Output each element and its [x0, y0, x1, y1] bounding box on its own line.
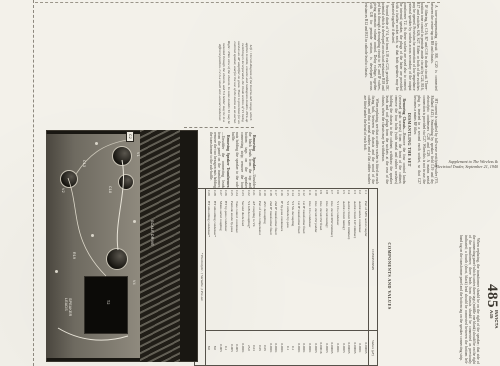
condenser-value: 0.0001 [295, 330, 301, 365]
condenser-description: Osc. circuit LW padder [312, 201, 318, 330]
condenser-description: Pentode anode by-pass [228, 201, 234, 330]
condenser-value: 0.0005 [312, 330, 318, 365]
condenser-description: Second diode feed [239, 201, 245, 330]
table-row: C8Osc. circuit tuning†0.0005 [323, 189, 329, 365]
table-row: C26HT by-pass condenser0.1 [223, 189, 229, 365]
table-row: C23Second diode feed0.0001 [239, 189, 245, 365]
paragraph-lead: Removing Chassis. [402, 99, 406, 130]
photo-component-label: C13 [82, 160, 86, 167]
sheet-number: 485 [484, 284, 499, 308]
condenser-description: Aerial circuit tuning† [340, 201, 346, 330]
condenser-value: 0.05 [256, 330, 262, 365]
table-row: C21AF coupling to V40.01 [251, 189, 257, 365]
condenser-description: 2nd IF transformer fixed [267, 201, 273, 330]
photo-component-label: C18 [108, 186, 112, 193]
condenser-value: 0.1 [290, 330, 296, 365]
table-row: C7Osc. circuit MW trimmer‡0.00005 [329, 189, 335, 365]
condenser-value: 0.05 [262, 330, 268, 365]
condenser-description: V2 SG decoupling [290, 201, 296, 330]
photo-component-label: SPEAKER LEADS [64, 298, 72, 316]
photo-component-label: T2 [106, 300, 110, 305]
brand: INVICTA [494, 310, 499, 329]
condenser-value: 8.0 [211, 330, 217, 365]
condenser-value: 0.1 [284, 330, 290, 365]
table-row: C6V1 CG condenser0.0001 [334, 189, 340, 365]
condenser-value: 0.005 [228, 330, 234, 365]
condenser-value: 0.00005 [346, 330, 352, 365]
model: A45 [489, 310, 494, 319]
table-row: C4Aerial circuit MW trimmer‡0.00005 [346, 189, 352, 365]
condenser-description: AF coupling to V4 [251, 201, 257, 330]
section-heading: DISMANTLING THE SET [407, 96, 411, 185]
condenser-value: 0.00005 [362, 330, 368, 365]
replacing-paragraph: When replacing, the transformer should b… [459, 235, 480, 364]
trim-mark-dashed-line [33, 0, 34, 366]
table-row: C27Mains aerial coupling0.005 [217, 189, 223, 365]
condenser-value: 0.005 [234, 330, 240, 365]
body-paragraph: IF filtering, by C16, R7 and C18 in diod… [391, 2, 428, 91]
condenser-description: Osc. CG condenser [306, 201, 312, 330]
table-row: C29HT smoothing condenser*8.0 [206, 189, 212, 365]
table-row: C14V2 SG decoupling0.1 [290, 189, 296, 365]
condenser-description: Part of MW aerial coupler [362, 201, 368, 330]
column-divider-rule [184, 127, 254, 128]
condenser-value: 0.00005 [351, 330, 357, 365]
condenser-value: 0.0001 [273, 330, 279, 365]
condenser-description: Aerial series condenser [357, 201, 363, 330]
photo-component-label: SCALE DRIVE [150, 220, 154, 246]
table-row: C11Osc. CG condenser0.0001 [306, 189, 312, 365]
condenser-description: Part of tone compensator [256, 201, 262, 330]
table-row: C22V4 GB decoupling*25.0 [245, 189, 251, 365]
condenser-description: V4 GB decoupling* [245, 201, 251, 330]
condenser-value: 0.00016 [318, 330, 324, 365]
condenser-description: IF by-pass condensers [279, 201, 285, 330]
table-footnote: * Electrolytic. † Variable. ‡ Pre-set. [198, 189, 206, 365]
table-row: C131st IF transformer fixed0.0001 [295, 189, 301, 365]
body-paragraph: HT current is supplied by full-wave rect… [413, 96, 438, 185]
paragraph-lead: Removing Speaker Transformer. [226, 135, 230, 188]
condenser-number: C4 [346, 189, 352, 201]
condenser-value: 0.0001 [279, 330, 285, 365]
condenser-description: 2nd IF transformer fixed [273, 201, 279, 330]
table-row: C24Tone control condenser0.005 [234, 189, 240, 365]
paragraph-lead: Removing Speaker. [252, 135, 256, 171]
table-row: C20Part of tone compensator0.05 [256, 189, 262, 365]
condenser-number: C29 [206, 189, 212, 201]
condenser-value: 0.0001 [357, 330, 363, 365]
condenser-value: 0.1 [223, 330, 229, 365]
table-row: C2Aerial series condenser0.0001 [357, 189, 363, 365]
table-row: C19AVC decoupling0.05 [262, 189, 268, 365]
condenser-description: 1st IF transformer fixed [301, 201, 307, 330]
table-row: C9Osc. circuit LW fixed0.00016 [318, 189, 324, 365]
table-row: C121st IF transformer fixed0.0001 [301, 189, 307, 365]
service-sheet-scan: Supplement to The Wireless & Electrical … [0, 0, 500, 366]
condenser-description: V2 cathode by-pass [284, 201, 290, 330]
condenser-number: C5 [340, 189, 346, 201]
photo-caption: Left : Circuit diagram of the Invicta A4… [185, 40, 253, 125]
condenser-description: HT smoothing condenser* [211, 201, 217, 330]
condenser-number: C12 [301, 189, 307, 201]
body-paragraph: Removing Speaker Transformer.—Unsolder t… [209, 132, 230, 188]
caption-paragraph: Right : Plan view of the chassis. In som… [218, 40, 230, 125]
condenser-number: C16 [279, 189, 285, 201]
condenser-description: AVC decoupling [262, 201, 268, 330]
table-row: C16IF by-pass condensers0.0001 [279, 189, 285, 365]
condenser-value: 0.0001 [267, 330, 273, 365]
condenser-number: C9 [318, 189, 324, 201]
condenser-number: C10 [312, 189, 318, 201]
condenser-value: 0.0001 [334, 330, 340, 365]
condenser-number: C1 [362, 189, 368, 201]
condenser-description: HT by-pass condenser [223, 201, 229, 330]
trim-mark-dashed-line [35, 2, 440, 3]
table-row: C3Aerial circuit LW trimmer‡0.00005 [351, 189, 357, 365]
condenser-number: C22 [245, 189, 251, 201]
condenser-number: C26 [223, 189, 229, 201]
set-name: INVICTA A45 [489, 310, 499, 329]
condenser-description: V1 CG condenser [334, 201, 340, 330]
condenser-value: 0.0001 [239, 330, 245, 365]
condenser-number: C27 [217, 189, 223, 201]
table-row: C10Osc. circuit LW padder0.0005 [312, 189, 318, 365]
condenser-description: 1st IF transformer fixed [295, 201, 301, 330]
photo-component-label: C2 [126, 131, 134, 142]
replacing-paragraph-block: When replacing, the transformer should b… [396, 235, 480, 364]
condenser-number: C6 [334, 189, 340, 201]
condenser-description: Aerial circuit MW trimmer‡ [346, 201, 352, 330]
condenser-number: C2 [357, 189, 363, 201]
condenser-number: C8 [323, 189, 329, 201]
condenser-value: 0.0005 [340, 330, 346, 365]
wiring-overlay [46, 130, 198, 362]
condenser-description: Aerial circuit LW trimmer‡ [351, 201, 357, 330]
chassis-photo: C2V1C18C13V2V4T2R19SPEAKER LEADSSCALE DR… [46, 130, 198, 362]
condenser-number: C18 [267, 189, 273, 201]
condenser-value: 0.005 [217, 330, 223, 365]
condensers-table: CONDENSERS Values (μF) C1Part of MW aeri… [194, 188, 378, 366]
condenser-number: C17 [273, 189, 279, 201]
condensers-table-header: CONDENSERS Values (μF) [368, 189, 377, 365]
table-row: C1Part of MW aerial coupler0.00005 [362, 189, 368, 365]
condenser-number: C24 [234, 189, 240, 201]
photo-component-label: V4 [132, 280, 136, 285]
table-row: C28HT smoothing condenser*8.0 [211, 189, 217, 365]
condenser-number: C7 [329, 189, 335, 201]
condenser-number: C21 [251, 189, 257, 201]
condenser-number: C20 [256, 189, 262, 201]
table-row: C182nd IF transformer fixed0.0001 [267, 189, 273, 365]
condenser-number: C3 [351, 189, 357, 201]
photo-component-label: V2 [61, 188, 65, 193]
condenser-value: 0.0001 [306, 330, 312, 365]
condensers-table-rows: C1Part of MW aerial coupler0.00005C2Aeri… [206, 189, 368, 365]
body-paragraph: Second diode of V4, fed from L18 via C23… [364, 2, 389, 91]
condenser-number: C28 [211, 189, 217, 201]
condenser-description: HT smoothing condenser* [206, 201, 212, 330]
caption-paragraph: Left : Circuit diagram of the Invicta A4… [233, 40, 253, 125]
table-row: C172nd IF transformer fixed0.0001 [273, 189, 279, 365]
condenser-value: 0.0005 [323, 330, 329, 365]
condenser-number: C11 [306, 189, 312, 201]
condenser-number: C13 [295, 189, 301, 201]
condenser-description: Mains aerial coupling [217, 201, 223, 330]
condenser-value: 25.0 [245, 330, 251, 365]
condenser-number: C25 [228, 189, 234, 201]
body-paragraph: Removing Speaker.—Unsolder the black lea… [231, 132, 256, 188]
components-and-values-heading: COMPONENTS AND VALUES [387, 188, 392, 364]
condenser-number: C23 [239, 189, 245, 201]
condensers-column-header: CONDENSERS [371, 189, 375, 330]
condenser-description: Tone control condenser [234, 201, 240, 330]
condenser-value: 8.0 [206, 330, 212, 365]
condenser-number: C15 [284, 189, 290, 201]
rotated-page: 485 INVICTA A45 A tone-compensating circ… [0, 0, 500, 366]
masthead: 485 INVICTA A45 [479, 284, 499, 362]
condenser-value: 0.01 [251, 330, 257, 365]
body-paragraph: Removing Chassis.—Remove the four contro… [381, 96, 406, 185]
photo-component-label: R19 [72, 252, 76, 259]
condenser-number: C14 [290, 189, 296, 201]
main-text-columns: A tone-compensating circuit R8, C20 is c… [253, 2, 438, 184]
body-paragraph: A tone-compensating circuit R8, C20 is c… [430, 2, 438, 91]
condenser-number: C19 [262, 189, 268, 201]
table-row: C5Aerial circuit tuning†0.0005 [340, 189, 346, 365]
table-row: C15V2 cathode by-pass0.1 [284, 189, 290, 365]
condenser-value: 0.0001 [301, 330, 307, 365]
body-paragraph: When replacing, see that a rubber washer… [363, 96, 380, 185]
condenser-value: 0.00005 [329, 330, 335, 365]
table-row: C25Pentode anode by-pass0.005 [228, 189, 234, 365]
values-column-header: Values (μF) [369, 330, 377, 365]
condenser-description: Osc. circuit tuning† [323, 201, 329, 330]
condenser-description: Osc. circuit MW trimmer‡ [329, 201, 335, 330]
photo-component-label: V1 [136, 152, 140, 157]
condenser-description: Osc. circuit LW fixed [318, 201, 324, 330]
